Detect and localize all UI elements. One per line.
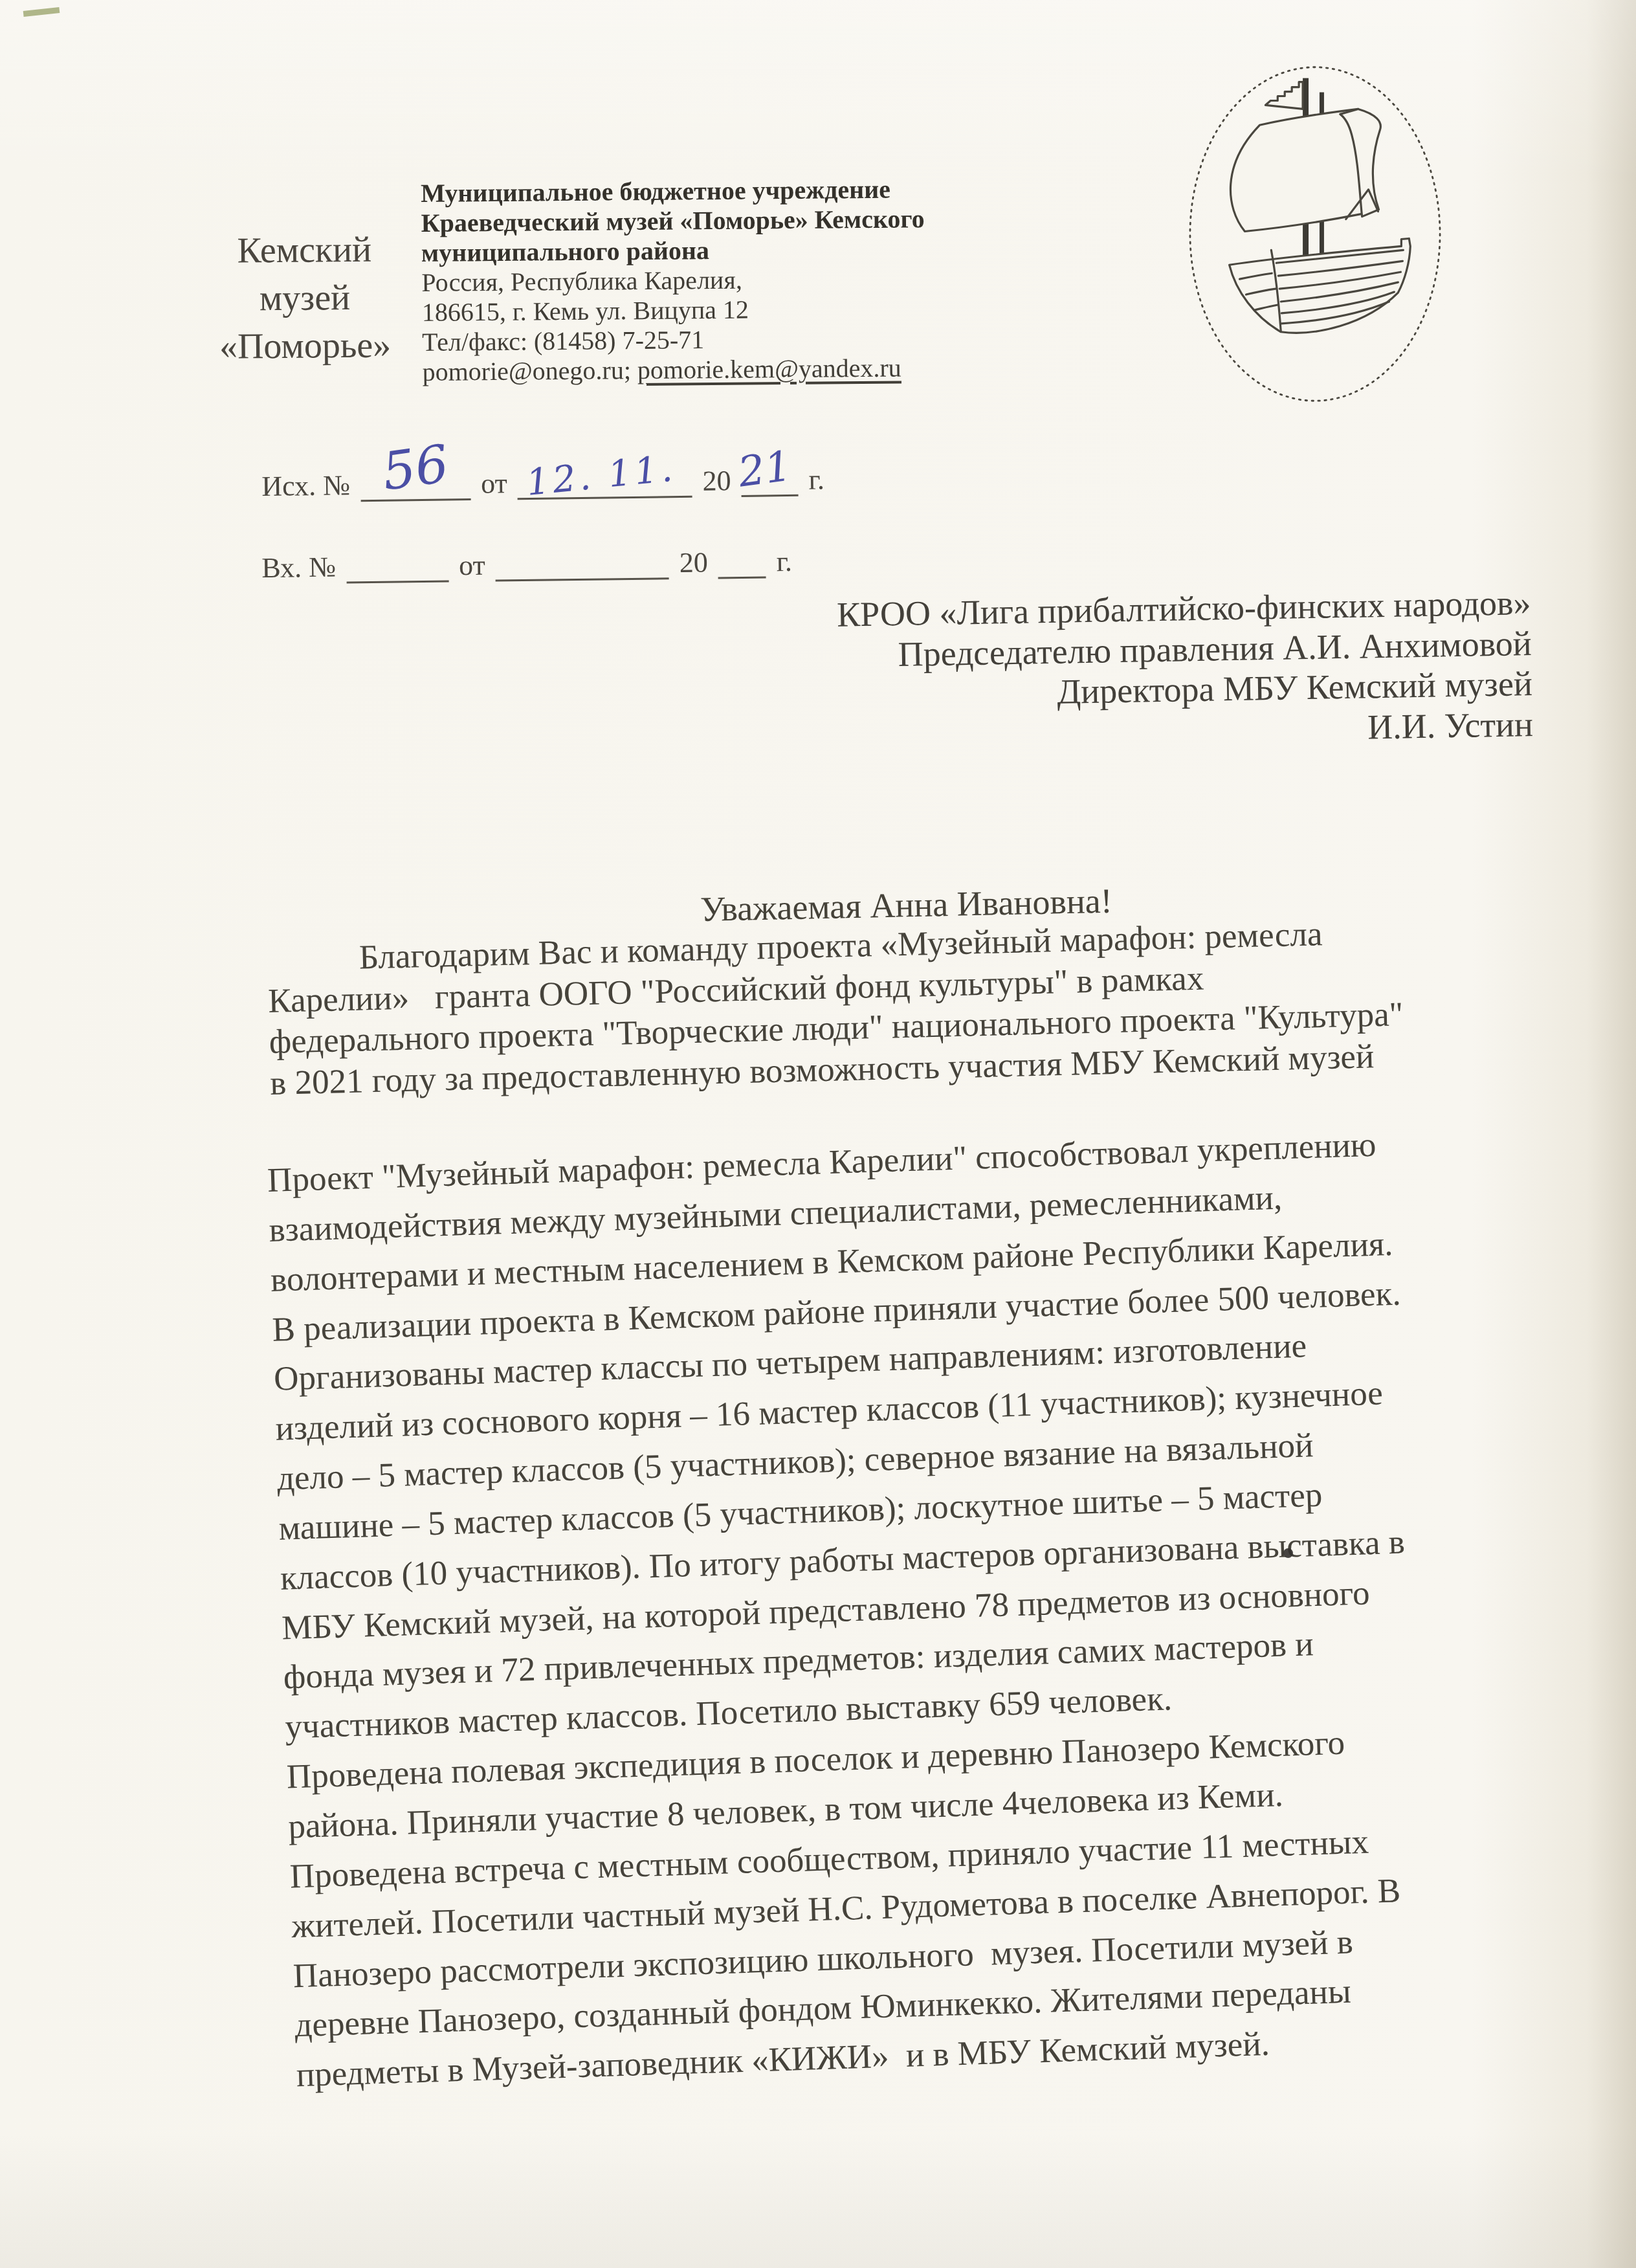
from-label: от [459, 549, 485, 582]
century-label: 20 [702, 464, 731, 498]
text-line: Тел/факс: (81458) 7-25-71 [422, 322, 1037, 357]
incoming-label: Вх. № [261, 551, 336, 584]
outgoing-label: Исх. № [261, 469, 350, 503]
handwritten-outgoing-number: 56 [379, 434, 452, 502]
year-suffix: г. [776, 545, 792, 578]
text-line: Кемский [201, 226, 408, 276]
org-emails: pomorie@onego.ru; pomorie.kem@yandex.ru [422, 352, 1037, 387]
incoming-number-blank [346, 546, 449, 583]
scanned-letter-page: Кемскиймузей«Поморье» Муниципальное бюдж… [0, 0, 1636, 2268]
org-short-name: Кемскиймузей«Поморье» [201, 226, 409, 372]
text-line: музей [201, 274, 409, 324]
outgoing-date-blank: 12. 11. [517, 462, 692, 500]
handwritten-outgoing-year: 21 [736, 442, 795, 496]
scanner-edge-artifact [23, 7, 60, 17]
pomor-sailboat-icon [1180, 57, 1450, 412]
org-address: Россия, Республика Карелия,186615, г. Ке… [421, 263, 1037, 357]
org-details-block: Муниципальное бюджетное учреждениеКраеве… [421, 173, 1037, 387]
addressee-block: КРОО «Лига прибалтийско-финских народов»… [625, 583, 1533, 761]
org-full-name: Муниципальное бюджетное учреждениеКраеве… [421, 173, 1036, 268]
ink-speck [1283, 1548, 1293, 1558]
text-line: муниципального района [421, 233, 1036, 268]
incoming-year-blank [718, 542, 766, 579]
text-line: Россия, Республика Карелия, [421, 263, 1036, 298]
email-secondary: pomorie.kem@yandex.ru [637, 353, 901, 385]
year-suffix: г. [808, 463, 824, 496]
incoming-date-blank [495, 544, 669, 581]
text-line: Муниципальное бюджетное учреждение [421, 173, 1035, 208]
paragraph-project-report: Проект "Музейный марафон: ремесла Карели… [267, 1113, 1623, 2100]
outgoing-ref-line: Исх. № 56 от 12. 11. 20 21 г. [261, 460, 835, 503]
text-line: «Поморье» [201, 322, 409, 372]
incoming-ref-line: Вх. № от 20 г. [261, 542, 802, 584]
century-label: 20 [679, 546, 708, 580]
from-label: от [481, 467, 507, 500]
text-line: 186615, г. Кемь ул. Вицупа 12 [422, 293, 1037, 328]
text-line: Краеведческий музей «Поморье» Кемского [421, 203, 1035, 238]
outgoing-number-blank: 56 [360, 465, 471, 502]
email-primary: pomorie@onego.ru; [422, 355, 637, 386]
paragraph-thanks: Благодарим Вас и команду проекта «Музейн… [267, 907, 1597, 1104]
outgoing-year-blank: 21 [741, 461, 799, 497]
handwritten-outgoing-date: 12. 11. [525, 447, 678, 504]
